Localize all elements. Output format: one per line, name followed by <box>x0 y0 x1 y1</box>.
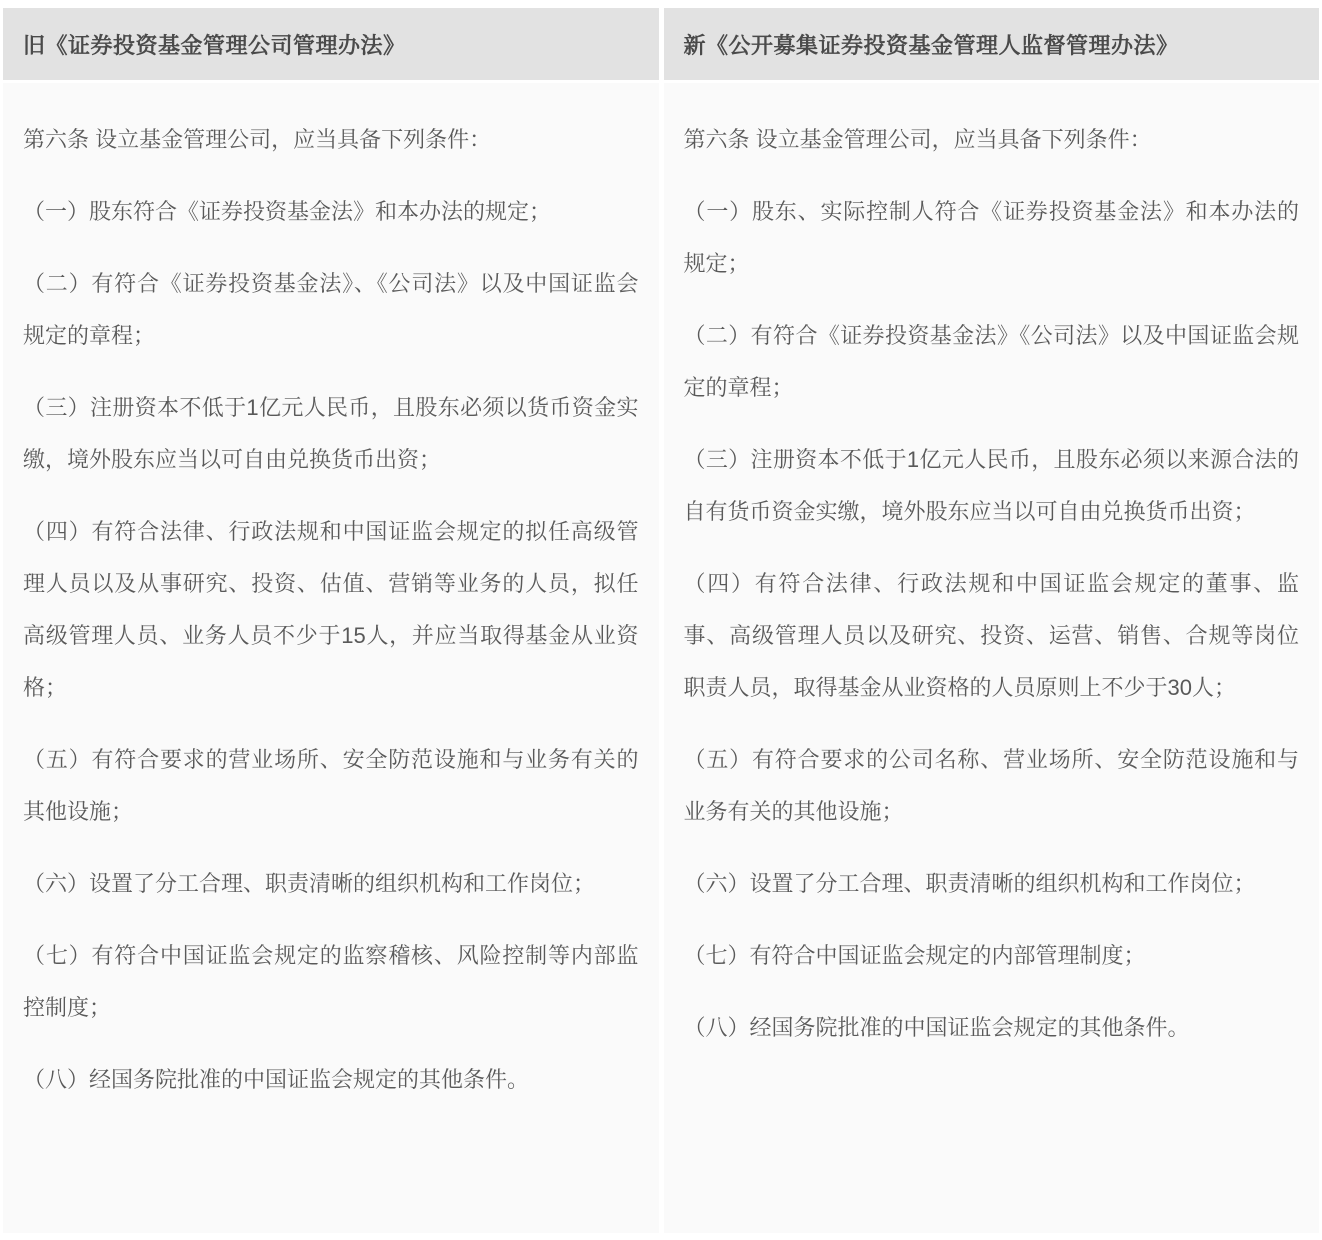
regulation-paragraph: （三）注册资本不低于1亿元人民币，且股东必须以来源合法的自有货币资金实缴，境外股… <box>684 434 1300 538</box>
new-regulation-column: 新《公开募集证券投资基金管理人监督管理办法》 第六条 设立基金管理公司，应当具备… <box>664 8 1320 1233</box>
regulation-paragraph: （四）有符合法律、行政法规和中国证监会规定的拟任高级管理人员以及从事研究、投资、… <box>23 506 639 714</box>
new-regulation-header: 新《公开募集证券投资基金管理人监督管理办法》 <box>664 8 1320 80</box>
regulation-paragraph: （五）有符合要求的营业场所、安全防范设施和与业务有关的其他设施； <box>23 734 639 838</box>
regulation-paragraph: （四）有符合法律、行政法规和中国证监会规定的董事、监事、高级管理人员以及研究、投… <box>684 558 1300 714</box>
regulation-paragraph: （七）有符合中国证监会规定的内部管理制度； <box>684 930 1300 982</box>
new-regulation-body: 第六条 设立基金管理公司，应当具备下列条件：（一）股东、实际控制人符合《证券投资… <box>664 83 1320 1233</box>
regulation-paragraph: （八）经国务院批准的中国证监会规定的其他条件。 <box>684 1002 1300 1054</box>
regulation-paragraph: （二）有符合《证券投资基金法》《公司法》以及中国证监会规定的章程； <box>684 310 1300 414</box>
regulation-paragraph: （一）股东、实际控制人符合《证券投资基金法》和本办法的规定； <box>684 186 1300 290</box>
regulation-paragraph: （五）有符合要求的公司名称、营业场所、安全防范设施和与业务有关的其他设施； <box>684 734 1300 838</box>
old-regulation-body: 第六条 设立基金管理公司，应当具备下列条件：（一）股东符合《证券投资基金法》和本… <box>3 83 659 1233</box>
regulation-paragraph: （八）经国务院批准的中国证监会规定的其他条件。 <box>23 1054 639 1106</box>
old-regulation-column: 旧《证券投资基金管理公司管理办法》 第六条 设立基金管理公司，应当具备下列条件：… <box>3 8 659 1233</box>
regulation-paragraph: （二）有符合《证券投资基金法》、《公司法》以及中国证监会规定的章程； <box>23 258 639 362</box>
regulation-paragraph: （六）设置了分工合理、职责清晰的组织机构和工作岗位； <box>23 858 639 910</box>
regulation-paragraph: （六）设置了分工合理、职责清晰的组织机构和工作岗位； <box>684 858 1300 910</box>
regulation-paragraph: 第六条 设立基金管理公司，应当具备下列条件： <box>684 114 1300 166</box>
regulation-paragraph: （一）股东符合《证券投资基金法》和本办法的规定； <box>23 186 639 238</box>
regulation-paragraph: （七）有符合中国证监会规定的监察稽核、风险控制等内部监控制度； <box>23 930 639 1034</box>
old-regulation-header: 旧《证券投资基金管理公司管理办法》 <box>3 8 659 80</box>
regulation-comparison-table: 旧《证券投资基金管理公司管理办法》 第六条 设立基金管理公司，应当具备下列条件：… <box>0 0 1322 1240</box>
regulation-paragraph: 第六条 设立基金管理公司，应当具备下列条件： <box>23 114 639 166</box>
regulation-paragraph: （三）注册资本不低于1亿元人民币，且股东必须以货币资金实缴，境外股东应当以可自由… <box>23 382 639 486</box>
